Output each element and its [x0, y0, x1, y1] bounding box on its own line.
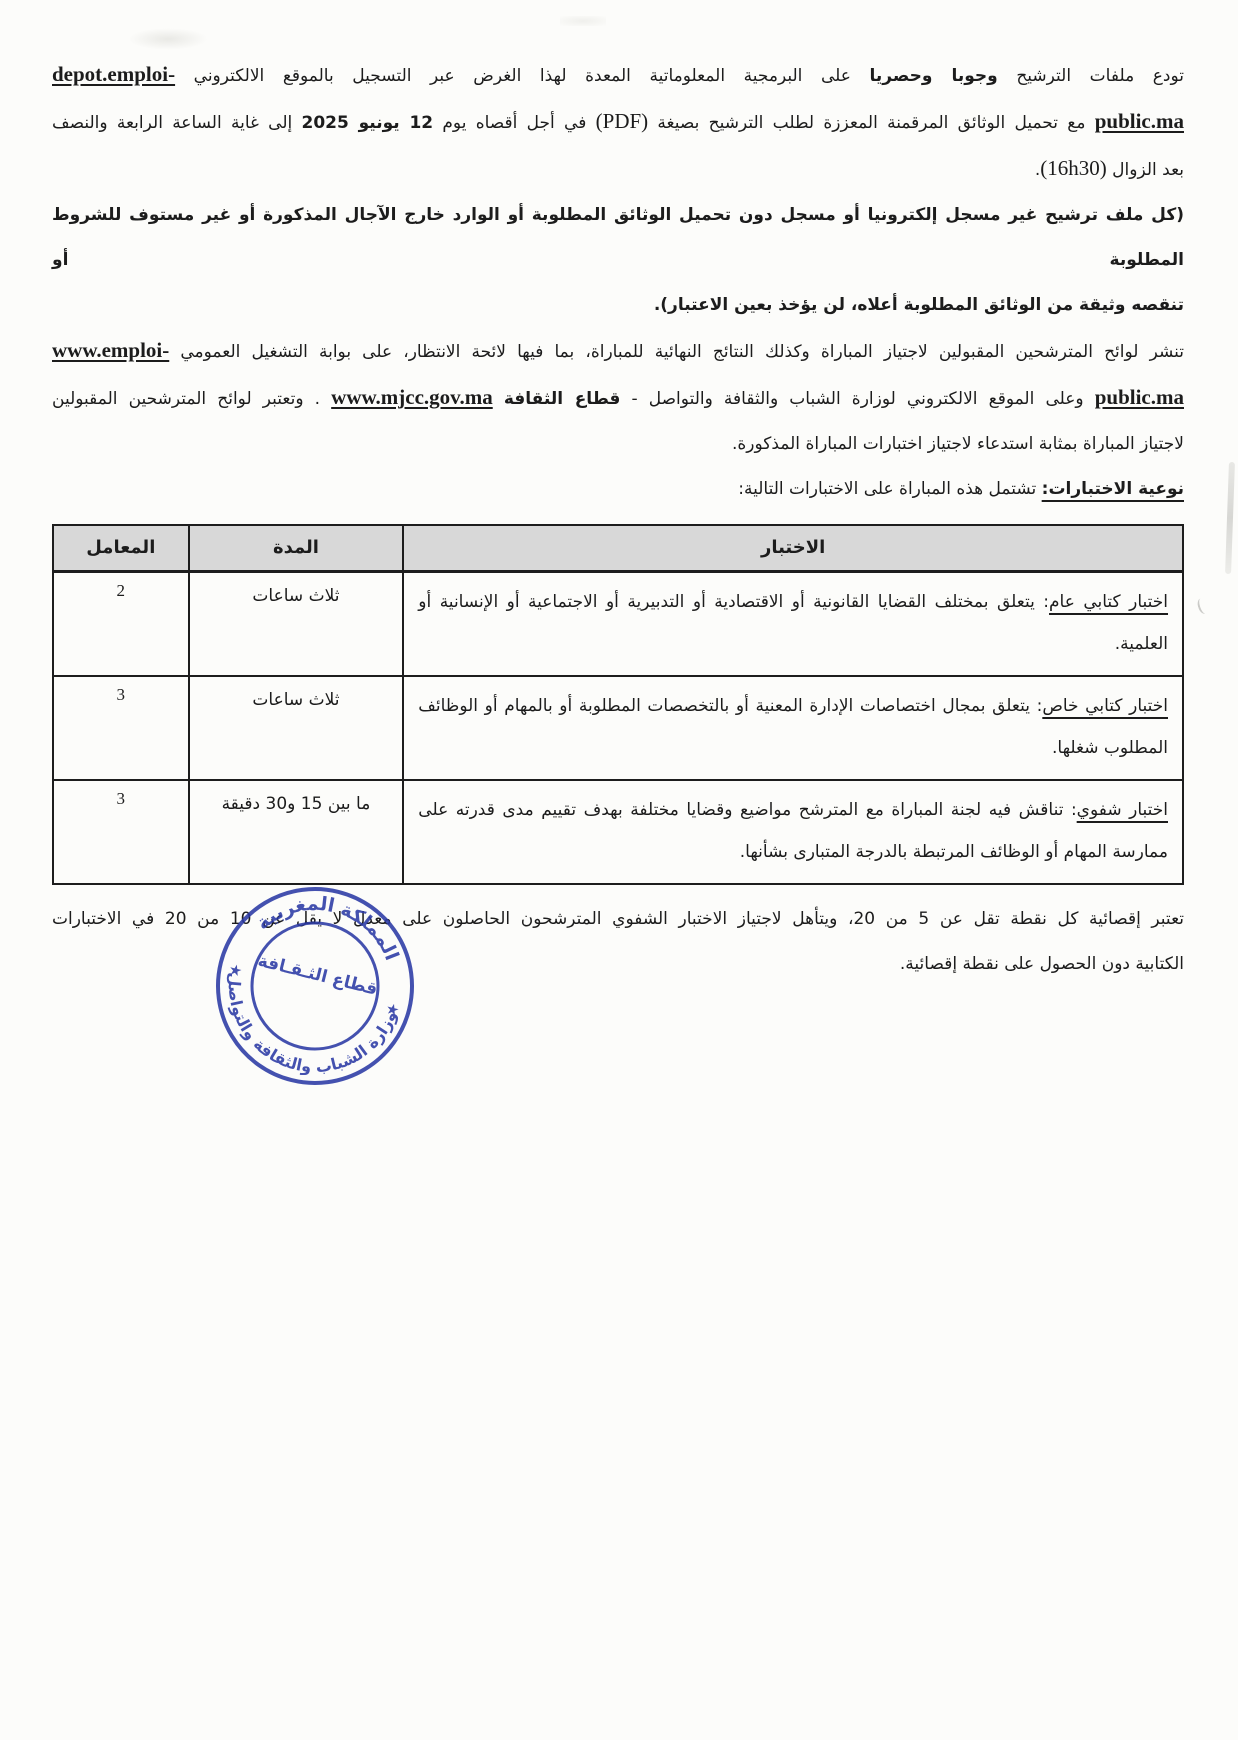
exam-title-general-written: اختبار كتابي عام — [1049, 592, 1168, 612]
coefficient-cell: 2 — [53, 571, 189, 676]
submission-paragraph-line-3: بعد الزوال (16h30). — [52, 146, 1184, 193]
stamp-sector-text: قطاع الثـقـافة — [256, 951, 380, 1000]
exam-title-oral: اختبار شفوي — [1077, 800, 1168, 820]
document-content: تودع ملفات الترشيح وجوبا وحصريا على البر… — [52, 52, 1184, 987]
official-stamp: المملكة المغربية وزارة الشباب والثقافة و… — [212, 868, 418, 1100]
rejection-notice-line-1: (كل ملف ترشيح غير مسجل إلكترونيا أو مسجل… — [52, 193, 1184, 283]
exam-cell-oral: اختبار شفوي: تناقش فيه لجنة المباراة مع … — [403, 780, 1183, 884]
culture-sector-bold: قطاع الثقافة — [504, 389, 621, 409]
rejection-bold-text: (كل ملف ترشيح غير مسجل إلكترونيا أو مسجل… — [52, 205, 1184, 270]
exam-description: : تناقش فيه لجنة المباراة مع المترشح موا… — [418, 800, 1168, 862]
column-header-exam: الاختبار — [403, 525, 1183, 571]
scan-noise-artifact — [560, 16, 606, 26]
stamp-graphic: المملكة المغربية وزارة الشباب والثقافة و… — [212, 868, 418, 1100]
text-run: . وتعتبر لوائح المترشحين المقبولين — [52, 389, 331, 409]
publication-paragraph-line-3: لاجتياز المباراة بمثابة استدعاء لاجتياز … — [52, 422, 1184, 467]
exam-types-table: الاختبار المدة المعامل اختبار كتابي عام:… — [52, 524, 1184, 885]
coefficient-cell: 3 — [53, 676, 189, 780]
exam-types-heading: نوعية الاختبارات: تشتمل هذه المباراة على… — [52, 467, 1184, 512]
pdf-format-label: (PDF) — [596, 109, 649, 133]
text-run: وعلى الموقع الالكتروني لوزارة الشباب وال… — [620, 389, 1094, 409]
rejection-bold-text: تنقصه وثيقة من الوثائق المطلوبة أعلاه، ل… — [654, 295, 1184, 315]
column-header-duration: المدة — [189, 525, 404, 571]
text-run: على البرمجية المعلوماتية المعدة لهذا الغ… — [175, 66, 869, 86]
text-run: بعد الزوال — [1107, 160, 1184, 180]
scan-smudge-artifact — [128, 28, 208, 50]
url-emploi-public-part1: www.emploi- — [52, 338, 169, 362]
rejection-notice-line-2: تنقصه وثيقة من الوثائق المطلوبة أعلاه، ل… — [52, 283, 1184, 328]
scan-edge-streak-artifact — [1225, 462, 1235, 574]
url-depot-emploi-part2: public.ma — [1095, 109, 1184, 133]
exam-cell-general-written: اختبار كتابي عام: يتعلق بمختلف القضايا ا… — [403, 571, 1183, 676]
submission-paragraph-line-1: تودع ملفات الترشيح وجوبا وحصريا على البر… — [52, 52, 1184, 99]
scanned-document-page: تودع ملفات الترشيح وجوبا وحصريا على البر… — [0, 0, 1238, 1740]
exam-types-label: نوعية الاختبارات: — [1042, 479, 1184, 499]
deadline-date: 12 يونيو 2025 — [302, 113, 434, 133]
publication-paragraph-line-1: تنشر لوائح المترشحين المقبولين لاجتياز ا… — [52, 328, 1184, 375]
publication-paragraph-line-2: public.ma وعلى الموقع الالكتروني لوزارة … — [52, 375, 1184, 422]
exam-cell-special-written: اختبار كتابي خاص: يتعلق بمجال اختصاصات ا… — [403, 676, 1183, 780]
url-emploi-public-part2: public.ma — [1095, 385, 1184, 409]
deadline-time: (16h30) — [1040, 156, 1107, 180]
table-row: اختبار كتابي خاص: يتعلق بمجال اختصاصات ا… — [53, 676, 1183, 780]
text-run: مع تحميل الوثائق المرقمنة المعززة لطلب ا… — [648, 113, 1095, 133]
duration-cell: ثلاث ساعات — [189, 676, 404, 780]
text-run: تودع ملفات الترشيح — [998, 66, 1184, 86]
url-depot-emploi-part1: depot.emploi- — [52, 62, 175, 86]
coefficient-cell: 3 — [53, 780, 189, 884]
text-run: في أجل أقصاه يوم — [433, 113, 596, 133]
exam-title-special-written: اختبار كتابي خاص — [1042, 696, 1168, 716]
duration-cell: ثلاث ساعات — [189, 571, 404, 676]
text-run: لاجتياز المباراة بمثابة استدعاء لاجتياز … — [732, 434, 1184, 454]
text-run: الكتابية دون الحصول على نقطة إقصائية. — [900, 954, 1184, 974]
text-run: تنشر لوائح المترشحين المقبولين لاجتياز ا… — [169, 342, 1184, 362]
url-mjcc: www.mjcc.gov.ma — [331, 385, 493, 409]
submission-paragraph-line-2: public.ma مع تحميل الوثائق المرقمنة المع… — [52, 99, 1184, 146]
text-run: إلى غاية الساعة الرابعة والنصف — [52, 113, 302, 133]
text-run: تشتمل هذه المباراة على الاختبارات التالي… — [738, 479, 1041, 499]
column-header-coefficient: المعامل — [53, 525, 189, 571]
table-row: اختبار كتابي عام: يتعلق بمختلف القضايا ا… — [53, 571, 1183, 676]
mandatory-exclusive-bold: وجوبا وحصريا — [870, 66, 998, 86]
table-header-row: الاختبار المدة المعامل — [53, 525, 1183, 571]
scan-speck-artifact — [1196, 597, 1210, 615]
text-run — [493, 389, 504, 409]
